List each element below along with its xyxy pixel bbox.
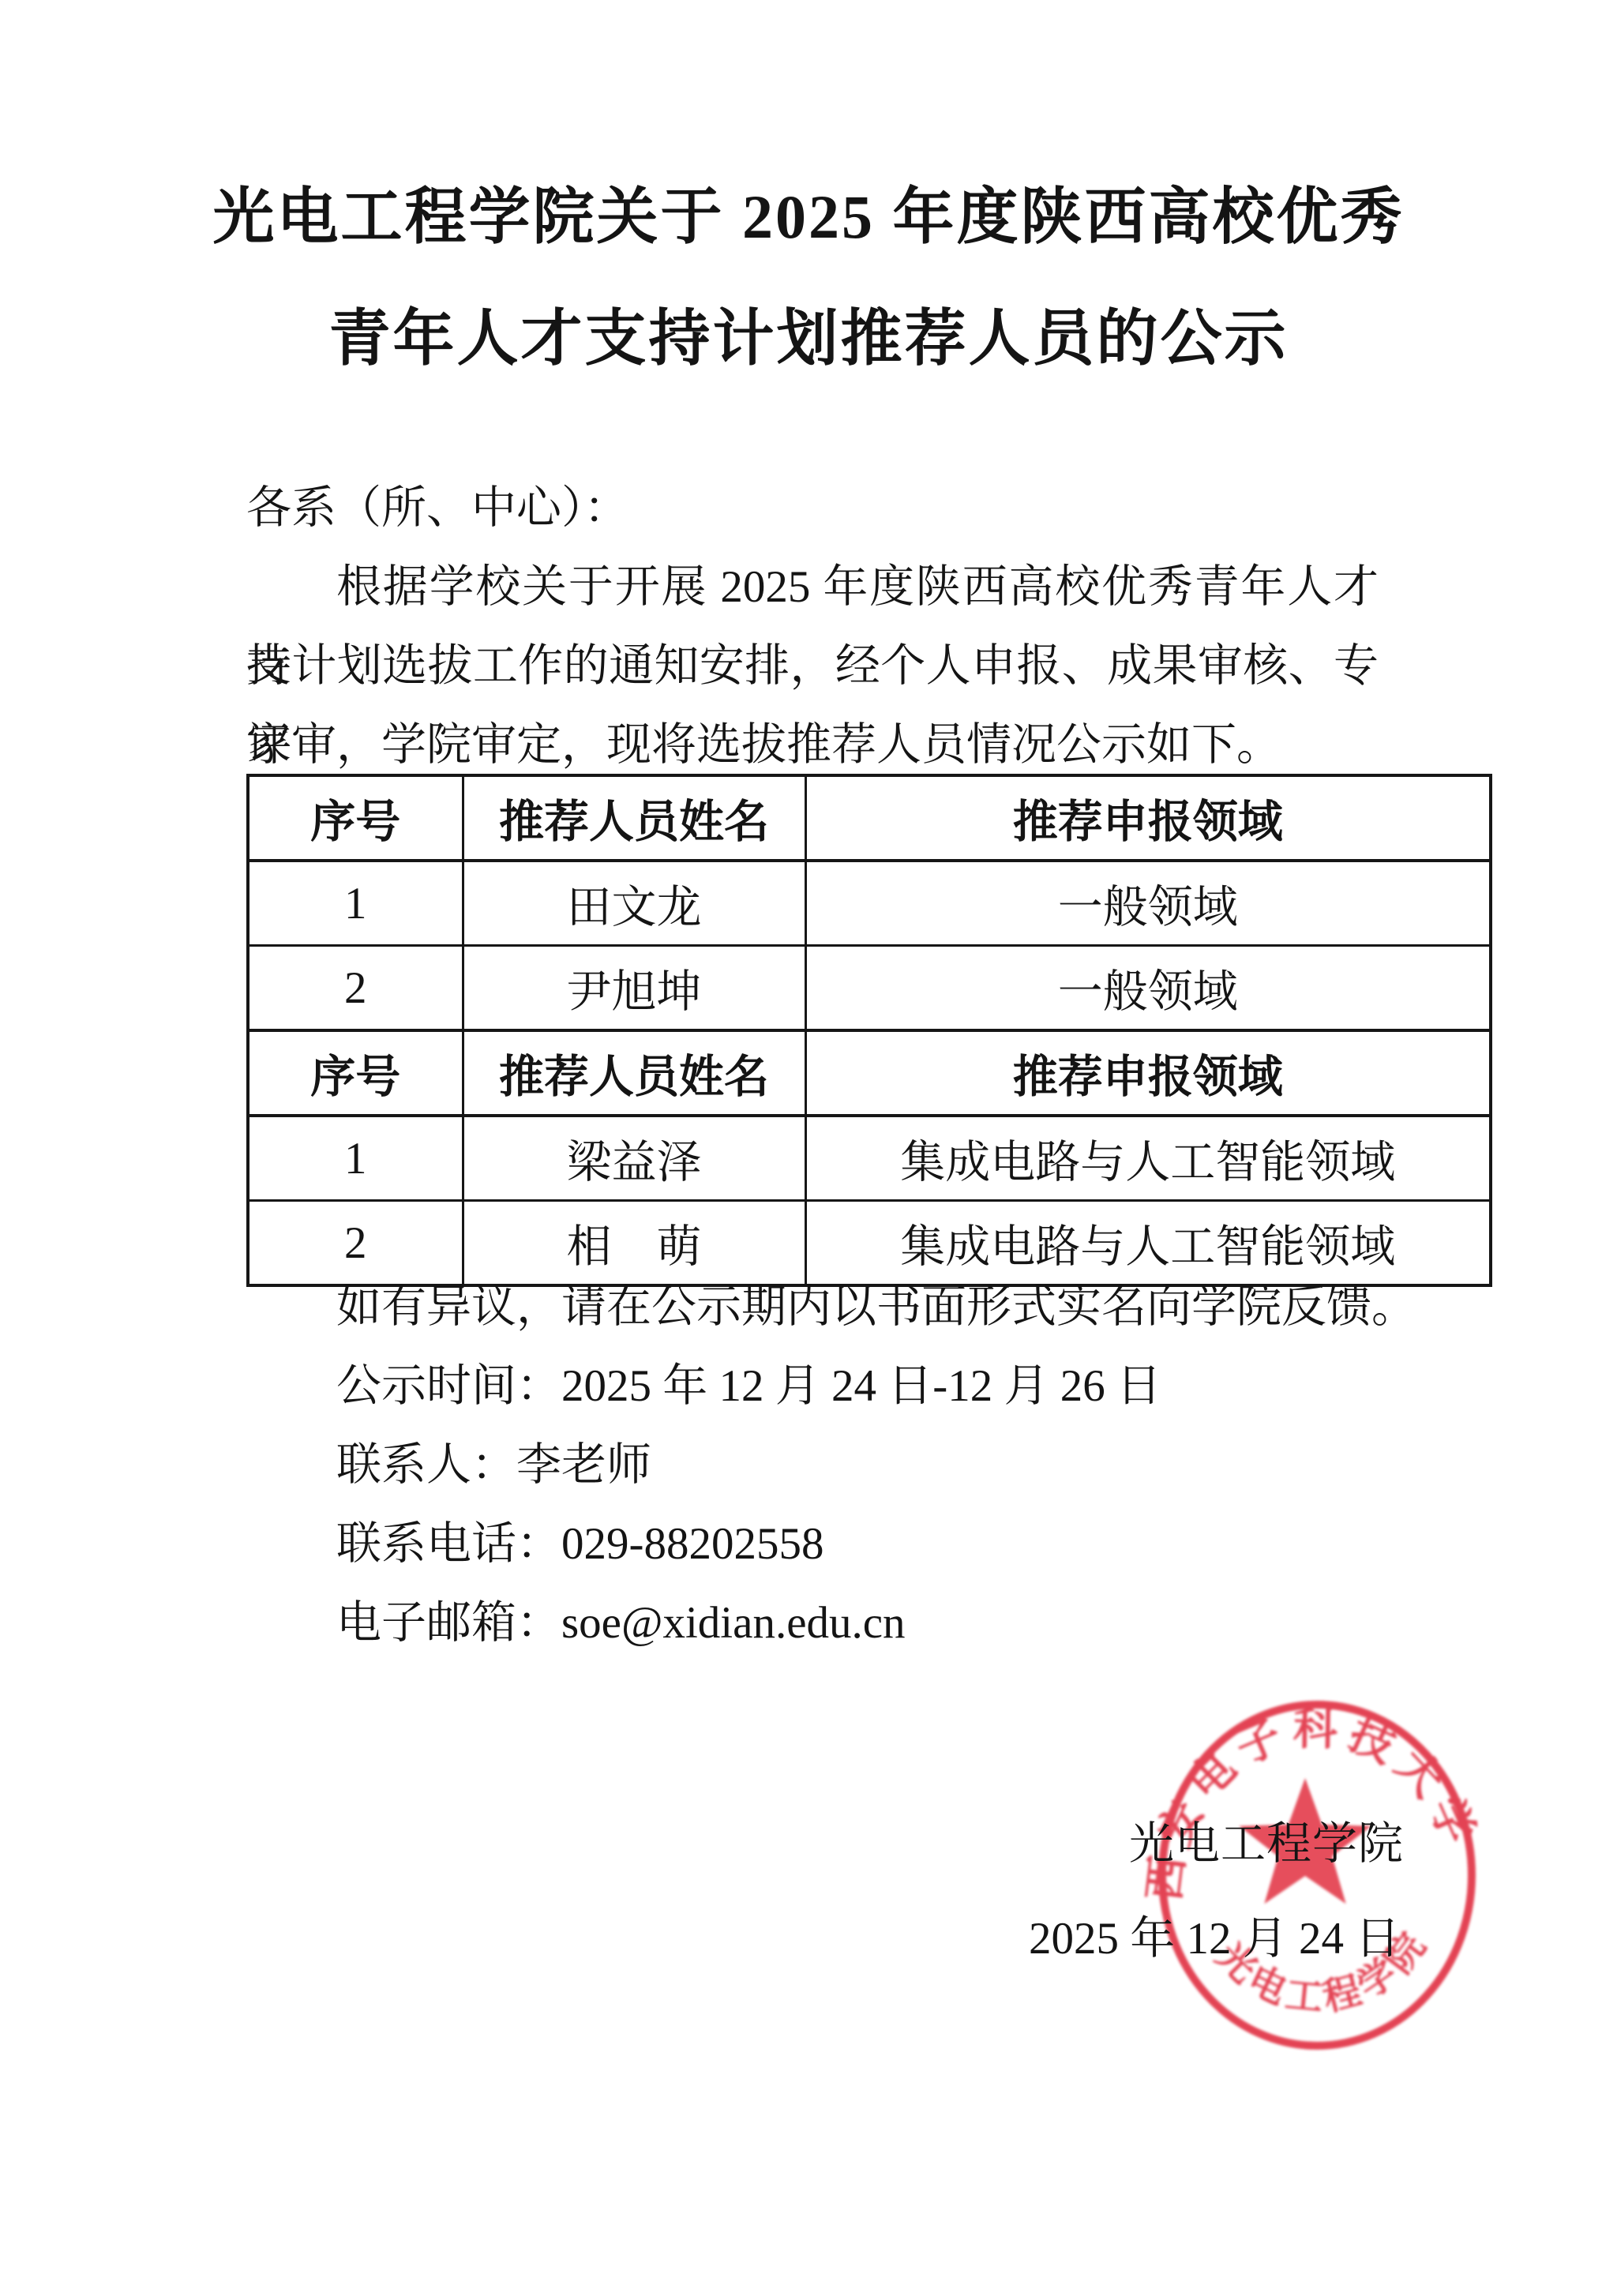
signature-organization: 光电工程学院 [1129,1805,1404,1884]
contact-email-line: 电子邮箱：soe@xidian.edu.cn [246,1584,1379,1663]
cell-no: 1 [248,861,463,946]
document-title-line-1: 光电工程学院关于 2025 年度陕西高校优秀 [0,180,1617,254]
table-row: 2 尹旭坤 一般领域 [248,946,1491,1031]
table-row: 1 梁益泽 集成电路与人工智能领域 [248,1116,1491,1201]
document-body: 各系（所、中心）： 根据学校关于开展 2025 年度陕西高校优秀青年人才支 持计… [246,469,1379,785]
cell-field: 一般领域 [805,946,1491,1031]
header-cell-no: 序号 [248,1030,463,1116]
cell-name: 尹旭坤 [463,946,805,1031]
announcement-document-page: 光电工程学院关于 2025 年度陕西高校优秀 青年人才支持计划推荐人员的公示 各… [0,0,1617,2296]
publicity-period-line: 公示时间：2025 年 12 月 24 日-12 月 26 日 [246,1347,1379,1426]
recommended-personnel-table: 序号 推荐人员姓名 推荐申报领域 1 田文龙 一般领域 2 尹旭坤 一般领域 序… [246,774,1492,1287]
cell-no: 2 [248,946,463,1031]
header-cell-field: 推荐申报领域 [805,775,1491,861]
cell-no: 1 [248,1116,463,1201]
table-row: 1 田文龙 一般领域 [248,861,1491,946]
signature-date: 2025 年 12 月 24 日 [1029,1900,1400,1979]
document-title-line-2: 青年人才支持计划推荐人员的公示 [0,302,1617,376]
feedback-line: 如有异议，请在公示期内以书面形式实名向学院反馈。 [246,1268,1379,1347]
paragraph-line-2: 持计划选拔工作的通知安排，经个人申报、成果审核、专家 [246,627,1379,706]
paragraph-line-3: 评审，学院审定，现将选拔推荐人员情况公示如下。 [246,706,1379,785]
cell-field: 一般领域 [805,861,1491,946]
contact-phone-line: 联系电话：029-88202558 [246,1505,1379,1584]
cell-name: 田文龙 [463,861,805,946]
header-cell-field: 推荐申报领域 [805,1030,1491,1116]
paragraph-line-1: 根据学校关于开展 2025 年度陕西高校优秀青年人才支 [246,548,1379,627]
header-cell-name: 推荐人员姓名 [463,775,805,861]
table-header-row-ic-ai: 序号 推荐人员姓名 推荐申报领域 [248,1030,1491,1116]
cell-name: 梁益泽 [463,1116,805,1201]
salutation-line: 各系（所、中心）： [246,469,1379,548]
contact-person-line: 联系人：李老师 [246,1426,1379,1505]
table-header-row-general: 序号 推荐人员姓名 推荐申报领域 [248,775,1491,861]
cell-field: 集成电路与人工智能领域 [805,1116,1491,1201]
header-cell-name: 推荐人员姓名 [463,1030,805,1116]
closing-block: 如有异议，请在公示期内以书面形式实名向学院反馈。 公示时间：2025 年 12 … [246,1268,1379,1663]
header-cell-no: 序号 [248,775,463,861]
